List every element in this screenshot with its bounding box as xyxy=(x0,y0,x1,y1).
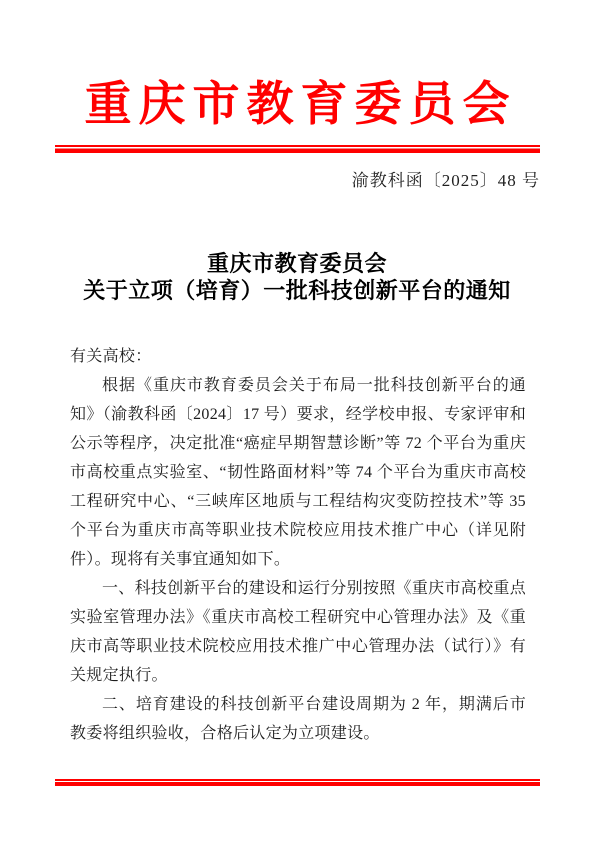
body-paragraph-1: 根据《重庆市教育委员会关于布局一批科技创新平台的通知》（渝教科函〔2024〕17… xyxy=(70,371,526,574)
document-body: 有关高校： 根据《重庆市教育委员会关于布局一批科技创新平台的通知》（渝教科函〔2… xyxy=(70,342,526,748)
document-title: 重庆市教育委员会 关于立项（培育）一批科技创新平台的通知 xyxy=(0,250,594,304)
salutation: 有关高校： xyxy=(70,342,526,371)
body-paragraph-2: 一、科技创新平台的建设和运行分别按照《重庆市高校重点实验室管理办法》《重庆市高校… xyxy=(70,574,526,690)
letterhead-divider xyxy=(55,145,540,153)
letterhead-title: 重庆市教育委员会 xyxy=(0,78,594,132)
body-paragraph-3: 二、培育建设的科技创新平台建设周期为 2 年，期满后市教委将组织验收，合格后认定… xyxy=(70,690,526,748)
footer-divider xyxy=(55,779,540,786)
document-page: 重庆市教育委员会 渝教科函〔2025〕48 号 重庆市教育委员会 关于立项（培育… xyxy=(0,0,594,841)
document-number: 渝教科函〔2025〕48 号 xyxy=(55,166,540,191)
document-title-line-2: 关于立项（培育）一批科技创新平台的通知 xyxy=(0,277,594,304)
document-title-line-1: 重庆市教育委员会 xyxy=(0,250,594,277)
